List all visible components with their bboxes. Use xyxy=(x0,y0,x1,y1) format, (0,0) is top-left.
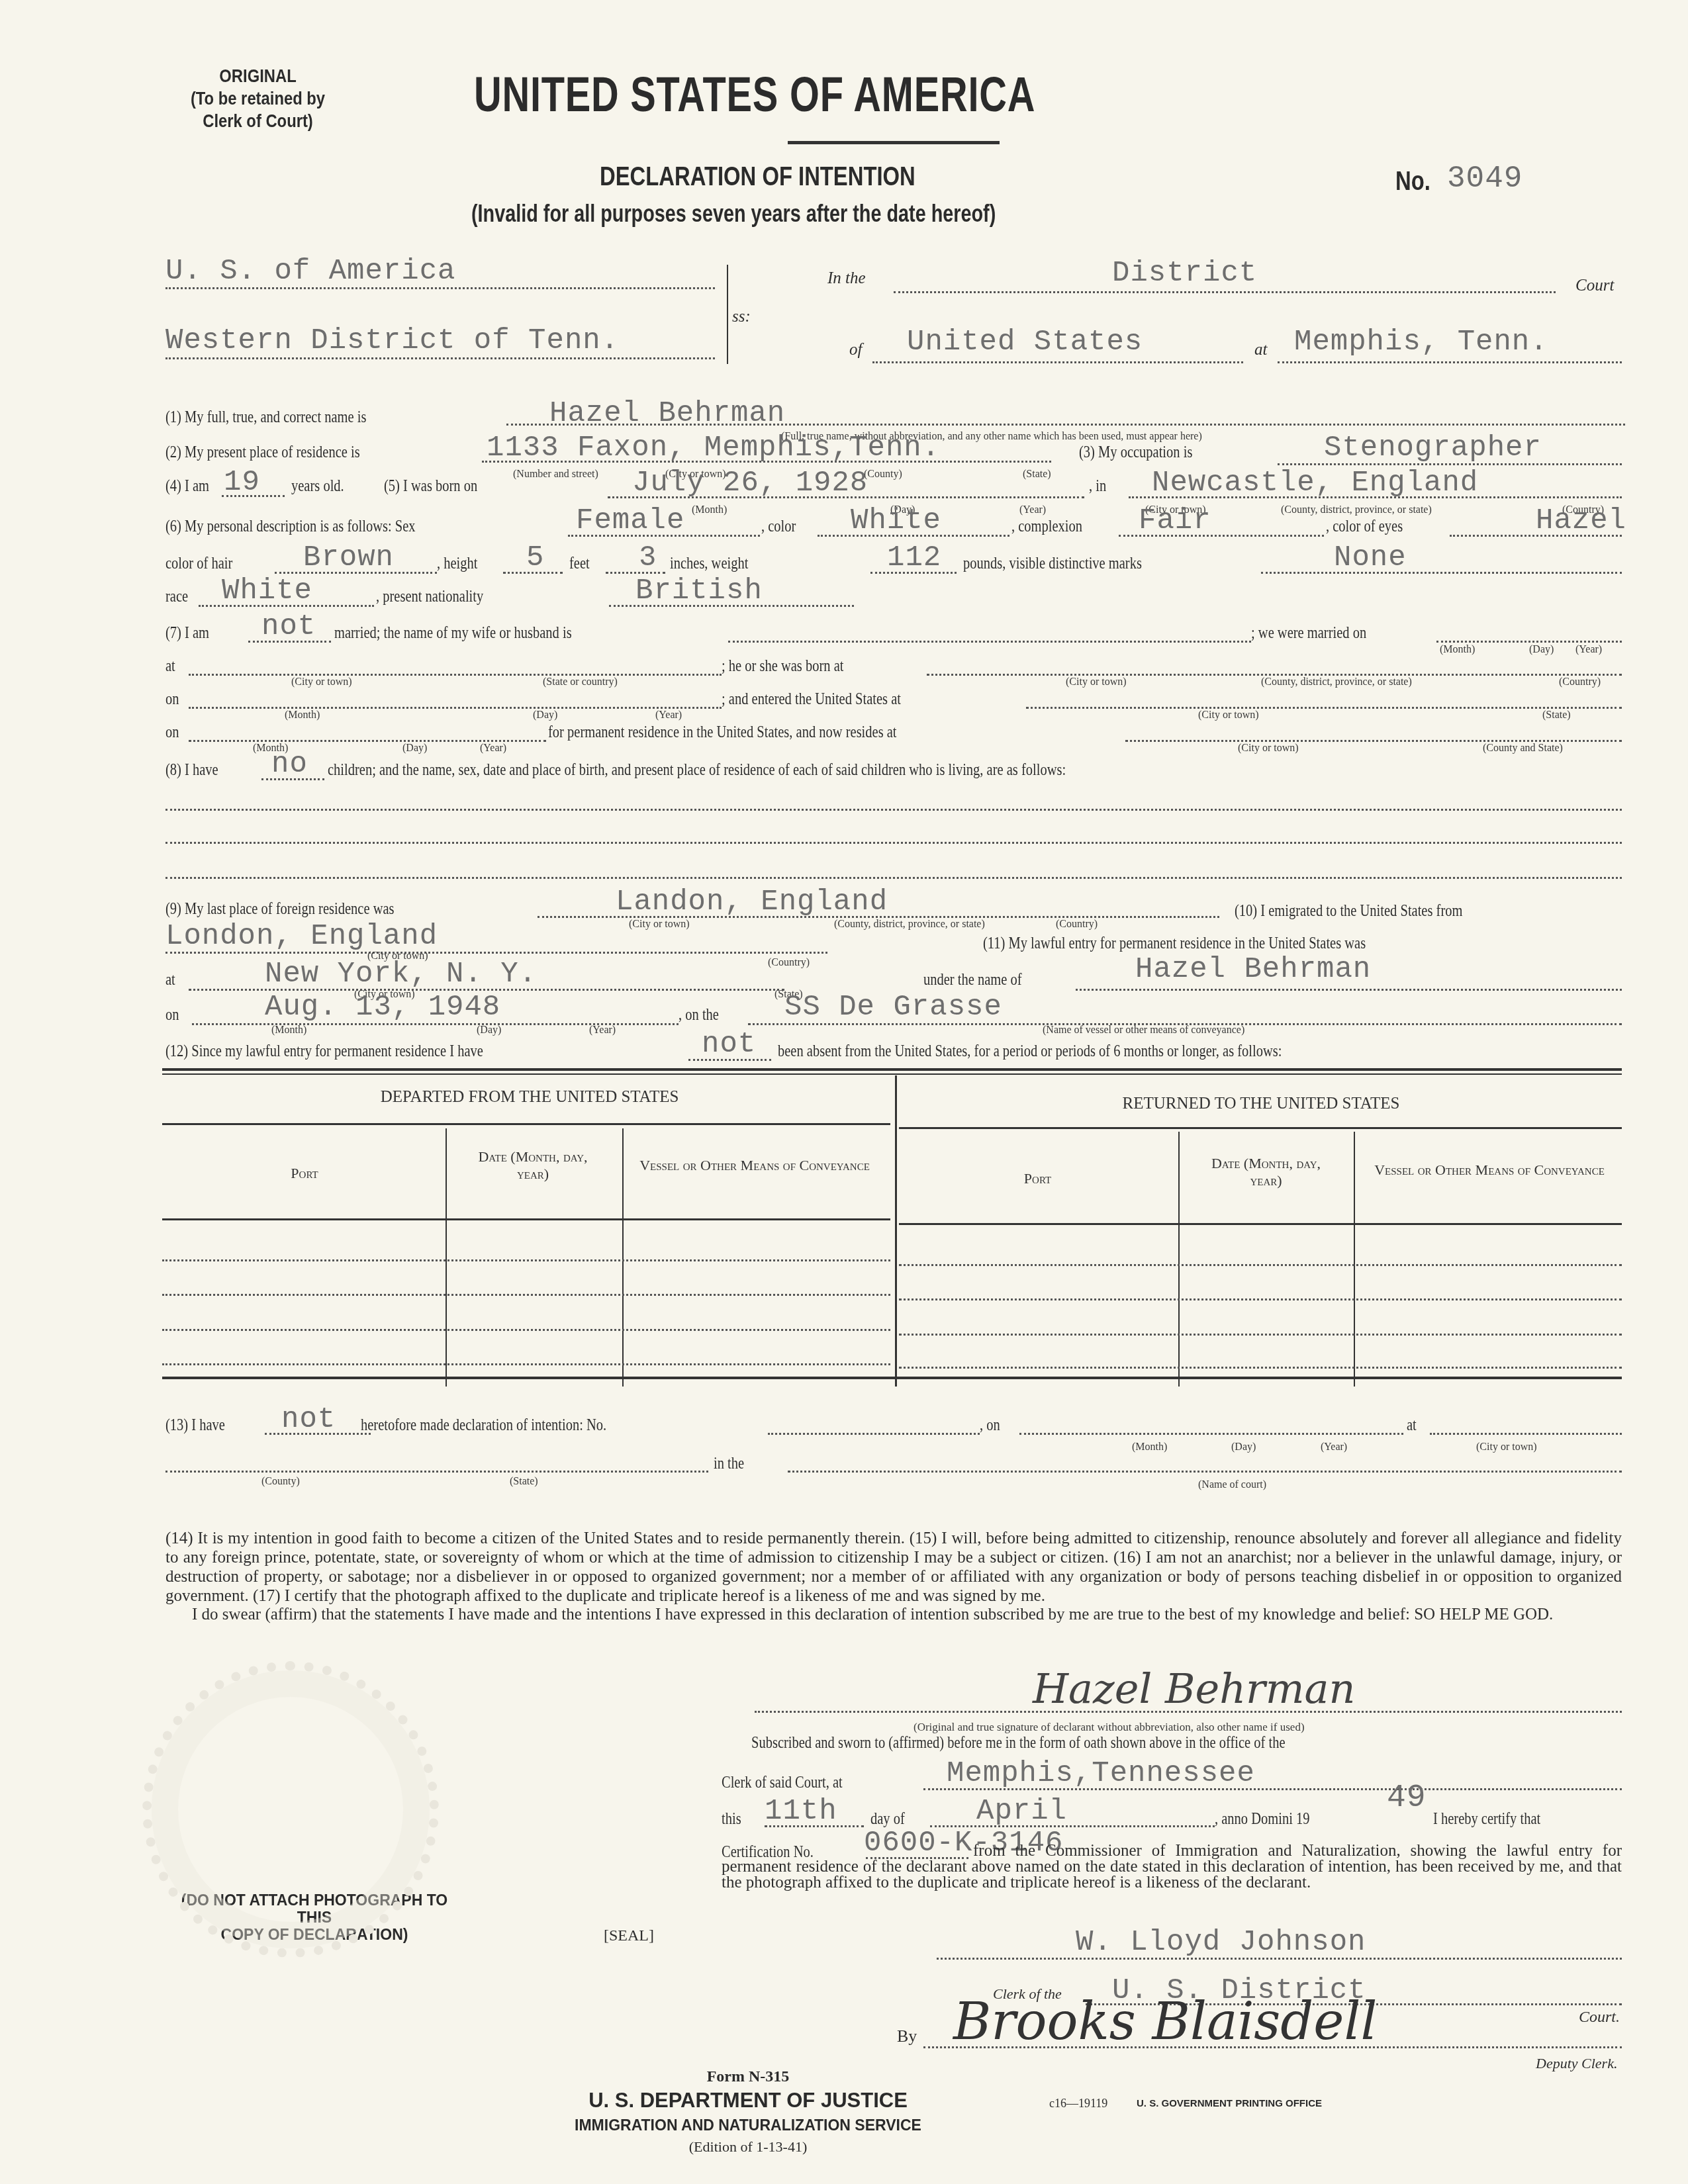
caption: (Month) xyxy=(285,709,320,721)
color: White xyxy=(851,504,941,537)
caption: (Year) xyxy=(1321,1441,1347,1453)
declaration-number: 3049 xyxy=(1447,161,1523,196)
signature-line xyxy=(755,1711,1622,1713)
clerk-name: W. Lloyd Johnson xyxy=(1076,1926,1366,1959)
subheader-rule-right xyxy=(899,1127,1622,1129)
residence: 1133 Faxon, Memphis,Tenn. xyxy=(487,432,940,465)
q13-label: (13) I have xyxy=(165,1416,225,1435)
court-of: United States xyxy=(907,326,1143,359)
blank-line xyxy=(165,1471,708,1473)
caption: (Month) xyxy=(1440,644,1475,656)
prior-in-the-label: in the xyxy=(714,1455,744,1473)
venue-brace xyxy=(727,265,728,364)
prior-at-label: at xyxy=(1407,1416,1417,1435)
birth-place: Newcastle, England xyxy=(1152,467,1478,500)
clerk-at-label: Clerk of said Court, at xyxy=(722,1774,843,1792)
height-inches: 3 xyxy=(639,541,657,574)
blank-line xyxy=(927,674,1622,676)
q2-label: (2) My present place of residence is xyxy=(165,443,360,462)
caption: (Day) xyxy=(402,743,427,754)
race-label: race xyxy=(165,588,188,606)
header-bottom-rule-right xyxy=(899,1223,1622,1225)
departed-header: DEPARTED FROM THE UNITED STATES xyxy=(165,1089,894,1106)
children-line-1 xyxy=(165,809,1622,811)
height-feet: 5 xyxy=(526,541,544,574)
ss-label: ss: xyxy=(732,308,751,326)
caption: (Year) xyxy=(655,709,682,721)
eyes-label: , color of eyes xyxy=(1326,518,1403,536)
col-header-date-returned: Date (Month, day, year) xyxy=(1195,1155,1337,1189)
col-divider xyxy=(445,1128,447,1387)
table-row[interactable] xyxy=(162,1259,890,1261)
caption: (State) xyxy=(1542,709,1571,721)
occupation: Stenographer xyxy=(1324,432,1542,465)
deputy-clerk-label: Deputy Clerk. xyxy=(1536,2055,1617,2072)
affirmation-paragraph: I do swear (affirm) that the statements … xyxy=(165,1605,1622,1624)
q10-label: (10) I emigrated to the United States fr… xyxy=(1235,902,1462,921)
on-the-label: , on the xyxy=(679,1006,719,1024)
blank-line xyxy=(728,641,1251,643)
nationality: British xyxy=(635,574,763,608)
table-row[interactable] xyxy=(162,1294,890,1296)
table-bottom-rule xyxy=(162,1377,1622,1379)
sworn-month: April xyxy=(976,1795,1067,1828)
anno-domini-label: , anno Domini 19 xyxy=(1215,1810,1310,1829)
table-top-rule xyxy=(162,1068,1622,1071)
table-row[interactable] xyxy=(899,1264,1622,1266)
blank-line xyxy=(1436,641,1622,643)
blank-line xyxy=(189,707,722,709)
service-name: IMMIGRATION AND NATURALIZATION SERVICE xyxy=(553,2116,943,2134)
col-header-date-departed: Date (Month, day, year) xyxy=(463,1148,602,1183)
caption: (Day) xyxy=(1231,1441,1256,1453)
q12-label: (12) Since my lawful entry for permanent… xyxy=(165,1042,483,1061)
print-code: c16—19119 xyxy=(1049,2097,1107,2111)
printer-name: U. S. GOVERNMENT PRINTING OFFICE xyxy=(1137,2098,1322,2109)
document-title: UNITED STATES OF AMERICA xyxy=(474,66,1035,122)
certify-label: I hereby certify that xyxy=(1433,1810,1540,1829)
q7-label: (7) I am xyxy=(165,624,209,643)
children-line-3 xyxy=(165,877,1622,879)
caption: (City or town) xyxy=(1238,743,1299,754)
signature-caption: (Original and true signature of declaran… xyxy=(914,1721,1305,1734)
day-of-label: day of xyxy=(870,1810,905,1829)
resides-label: for permanent residence in the United St… xyxy=(548,723,897,742)
blank-line xyxy=(165,287,715,289)
caption: (Day) xyxy=(533,709,557,721)
col-header-vessel-departed: Vessel or Other Means of Conveyance xyxy=(629,1157,880,1174)
validity-note: (Invalid for all purposes seven years af… xyxy=(471,200,996,228)
caption: (Name of vessel or other means of convey… xyxy=(1043,1024,1244,1036)
children-line-2 xyxy=(165,842,1622,844)
emigrated-from: London, England xyxy=(165,920,438,953)
caption: (Year) xyxy=(1019,504,1046,516)
caption: (County, district, province, or state) xyxy=(1261,676,1412,688)
caption: (City or town) xyxy=(629,919,690,931)
entry-name: Hazel Behrman xyxy=(1135,953,1371,986)
q3-label: (3) My occupation is xyxy=(1079,443,1192,462)
caption: (Month) xyxy=(1132,1441,1167,1453)
form-number: Form N-315 xyxy=(553,2068,943,2086)
caption: (County) xyxy=(261,1476,300,1488)
q8-label: (8) I have xyxy=(165,761,218,780)
caption: (County, district, province, or state) xyxy=(1281,504,1432,516)
col-divider xyxy=(622,1128,624,1387)
blank-line xyxy=(768,1433,980,1435)
caption: (City or town) xyxy=(1198,709,1259,721)
table-row[interactable] xyxy=(899,1298,1622,1300)
under-name-label: under the name of xyxy=(923,971,1022,989)
years-old-label: years old. xyxy=(291,477,344,496)
table-top-rule-2 xyxy=(162,1073,1622,1075)
entry-date: Aug. 13, 1948 xyxy=(265,991,500,1024)
nationality-label: , present nationality xyxy=(376,588,483,606)
q7-at-label: at xyxy=(165,657,175,676)
title-divider xyxy=(788,141,1000,144)
sworn-text: Subscribed and sworn to (affirmed) befor… xyxy=(751,1734,1285,1752)
embossed-seal xyxy=(142,1661,439,1958)
blank-line xyxy=(872,361,1243,363)
born-at-label: ; he or she was born at xyxy=(722,657,843,676)
caption: (State) xyxy=(1023,469,1051,480)
complexion-label: , complexion xyxy=(1011,518,1082,536)
header-bottom-rule-left xyxy=(162,1218,890,1220)
feet-label: feet xyxy=(569,555,590,573)
color-label: , color xyxy=(761,518,796,536)
q9-label: (9) My last place of foreign residence w… xyxy=(165,900,395,919)
q7-on-label: on xyxy=(165,690,179,709)
caption: (Month) xyxy=(271,1024,306,1036)
sworn-day: 11th xyxy=(765,1795,837,1828)
entry-port: New York, N. Y. xyxy=(265,958,537,991)
caption: (State or country) xyxy=(543,676,618,688)
blank-line xyxy=(165,357,715,359)
col-divider xyxy=(1178,1132,1180,1387)
q6-label: (6) My personal description is as follow… xyxy=(165,518,415,536)
col-header-port-departed: Port xyxy=(165,1165,444,1182)
blank-line xyxy=(1278,361,1622,363)
venue-jurisdiction-2: Western District of Tenn. xyxy=(165,324,619,357)
caption: (County and State) xyxy=(1483,743,1563,754)
children-count: no xyxy=(271,748,308,781)
vessel-name: SS De Grasse xyxy=(784,991,1002,1024)
caption: (Country) xyxy=(768,957,810,969)
court-type: District xyxy=(1112,257,1257,290)
table-center-divider xyxy=(895,1075,897,1387)
hair-color: Brown xyxy=(303,541,394,574)
at-label: at xyxy=(1254,341,1267,359)
in-label: , in xyxy=(1089,477,1106,496)
caption: (State) xyxy=(510,1476,538,1488)
sworn-year: 49 xyxy=(1387,1780,1427,1816)
caption: (Year) xyxy=(1575,644,1602,656)
q11-label: (11) My lawful entry for permanent resid… xyxy=(983,934,1366,953)
prior-on-label: , on xyxy=(980,1416,1000,1435)
sworn-location: Memphis,Tennessee xyxy=(947,1757,1255,1790)
caption: (Country) xyxy=(1056,919,1098,931)
height-label: , height xyxy=(437,555,478,573)
caption: (Day) xyxy=(1529,644,1554,656)
q1-label: (1) My full, true, and correct name is xyxy=(165,408,366,427)
birth-date: July 26, 1928 xyxy=(632,467,868,500)
caption: (Year) xyxy=(480,743,506,754)
original-copy-note: ORIGINAL (To be retained by Clerk of Cou… xyxy=(173,65,342,132)
complexion: Fair xyxy=(1139,504,1211,537)
entry-on-label: on xyxy=(165,1006,179,1024)
deputy-clerk-signature: Brooks Blaisdell xyxy=(953,1992,1377,2052)
caption: (City or town) xyxy=(1476,1441,1537,1453)
original-label: ORIGINAL xyxy=(173,65,342,87)
returned-header: RETURNED TO THE UNITED STATES xyxy=(900,1095,1622,1113)
seal-label: [SEAL] xyxy=(604,1927,654,1945)
blank-line xyxy=(1026,707,1622,709)
caption: (Day) xyxy=(477,1024,501,1036)
blank-line xyxy=(1125,740,1622,742)
declarant-signature: Hazel Behrman xyxy=(1033,1664,1355,1713)
caption: (County) xyxy=(864,469,902,480)
court-label: Court xyxy=(1575,277,1614,295)
caption: (County, district, province, or state) xyxy=(834,919,985,931)
q5-label: (5) I was born on xyxy=(384,477,477,496)
distinctive-marks: None xyxy=(1334,541,1407,574)
form-edition: (Edition of 1-13-41) xyxy=(553,2138,943,2156)
by-label: By xyxy=(897,2026,917,2046)
full-name: Hazel Behrman xyxy=(549,397,785,430)
department-name: U. S. DEPARTMENT OF JUSTICE xyxy=(553,2089,943,2113)
weight: 112 xyxy=(887,541,941,574)
caption: (City or town) xyxy=(291,676,352,688)
marks-label: pounds, visible distinctive marks xyxy=(963,555,1142,573)
number-label: No. xyxy=(1395,167,1430,197)
of-label: of xyxy=(849,341,862,359)
col-header-vessel-returned: Vessel or Other Means of Conveyance xyxy=(1360,1161,1618,1179)
caption: (Country) xyxy=(1559,676,1601,688)
q13-text: heretofore made declaration of intention… xyxy=(361,1416,606,1435)
blank-line xyxy=(894,291,1556,293)
married-status: not xyxy=(261,610,316,643)
this-label: this xyxy=(722,1810,741,1829)
table-row[interactable] xyxy=(162,1329,890,1331)
blank-line xyxy=(189,740,546,742)
hair-label: color of hair xyxy=(165,555,232,573)
original-note-line2: Clerk of Court) xyxy=(173,110,342,132)
certification-text: from the Commissioner of Immigration and… xyxy=(722,1843,1622,1891)
table-row[interactable] xyxy=(899,1334,1622,1336)
inches-weight-label: inches, weight xyxy=(670,555,748,573)
q7-text: married; the name of my wife or husband … xyxy=(334,624,572,643)
subheader-rule-left xyxy=(162,1123,890,1125)
q12-text: been absent from the United States, for … xyxy=(778,1042,1282,1061)
caption: (Name of court) xyxy=(1198,1479,1266,1491)
caption: (Number and street) xyxy=(513,469,598,480)
eye-color: Hazel xyxy=(1536,504,1626,537)
entry-at-label: at xyxy=(165,971,175,989)
q8-text: children; and the name, sex, date and pl… xyxy=(328,761,1066,780)
caption: (City or town) xyxy=(1066,676,1127,688)
table-row[interactable] xyxy=(899,1367,1622,1369)
original-note-line1: (To be retained by xyxy=(173,87,342,110)
blank-line xyxy=(1076,989,1622,991)
blank-line xyxy=(1261,572,1622,574)
prior-declaration-status: not xyxy=(281,1403,336,1436)
col-header-port-returned: Port xyxy=(900,1170,1175,1187)
form-footer: Form N-315 U. S. DEPARTMENT OF JUSTICE I… xyxy=(553,2068,943,2156)
blank-line xyxy=(1019,1433,1403,1435)
q4-label: (4) I am xyxy=(165,477,209,496)
blank-line xyxy=(165,952,827,954)
entered-label: ; and entered the United States at xyxy=(722,690,901,709)
table-row[interactable] xyxy=(162,1363,890,1365)
venue-jurisdiction-1: U. S. of America xyxy=(165,255,455,288)
q7-on2-label: on xyxy=(165,723,179,742)
in-the-label: In the xyxy=(827,269,866,288)
race: White xyxy=(222,574,312,608)
blank-line xyxy=(189,674,722,676)
oath-paragraph: (14) It is my intention in good faith to… xyxy=(165,1529,1622,1606)
caption: (Month) xyxy=(692,504,727,516)
foreign-residence: Landon, England xyxy=(616,886,888,919)
caption: (Year) xyxy=(589,1024,616,1036)
blank-line xyxy=(1430,1433,1622,1435)
sex: Female xyxy=(576,504,684,537)
col-divider xyxy=(1354,1132,1355,1387)
court-suffix-label: Court. xyxy=(1579,2009,1620,2026)
married-on-label: ; we were married on xyxy=(1251,624,1366,643)
blank-line xyxy=(788,1471,1622,1473)
absence-status: not xyxy=(702,1028,756,1061)
court-at: Memphis, Tenn. xyxy=(1294,326,1548,359)
age: 19 xyxy=(224,466,260,499)
clerk-name-line xyxy=(937,1958,1622,1960)
declaration-heading: DECLARATION OF INTENTION xyxy=(600,162,915,192)
